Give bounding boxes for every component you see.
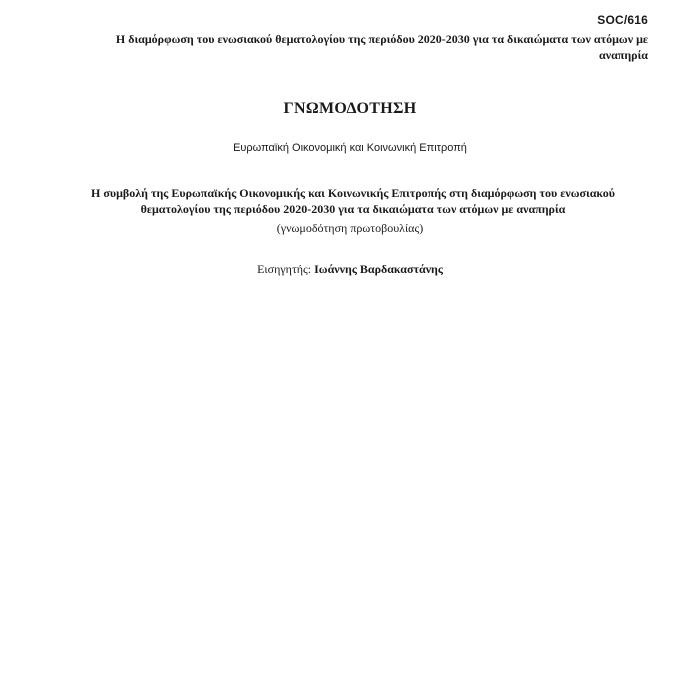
document-type-heading: ΓΝΩΜΟΔΟΤΗΣΗ — [0, 100, 700, 118]
institution-name: Ευρωπαϊκή Οικονομική και Κοινωνική Επιτρ… — [0, 142, 700, 154]
rapporteur-name: Ιωάννης Βαρδακαστάνης — [314, 262, 443, 276]
rapporteur-label: Εισηγητής: — [257, 262, 314, 276]
subject-note: (γνωμοδότηση πρωτοβουλίας) — [0, 220, 700, 236]
header-title: Η διαμόρφωση του ενωσιακού θεματολογίου … — [88, 31, 648, 63]
document-reference: SOC/616 — [597, 13, 648, 27]
document-subject: Η συμβολή της Ευρωπαϊκής Οικονομικής και… — [75, 185, 631, 217]
document-page: SOC/616 Η διαμόρφωση του ενωσιακού θεματ… — [0, 0, 700, 700]
rapporteur-line: Εισηγητής: Ιωάννης Βαρδακαστάνης — [0, 262, 700, 277]
